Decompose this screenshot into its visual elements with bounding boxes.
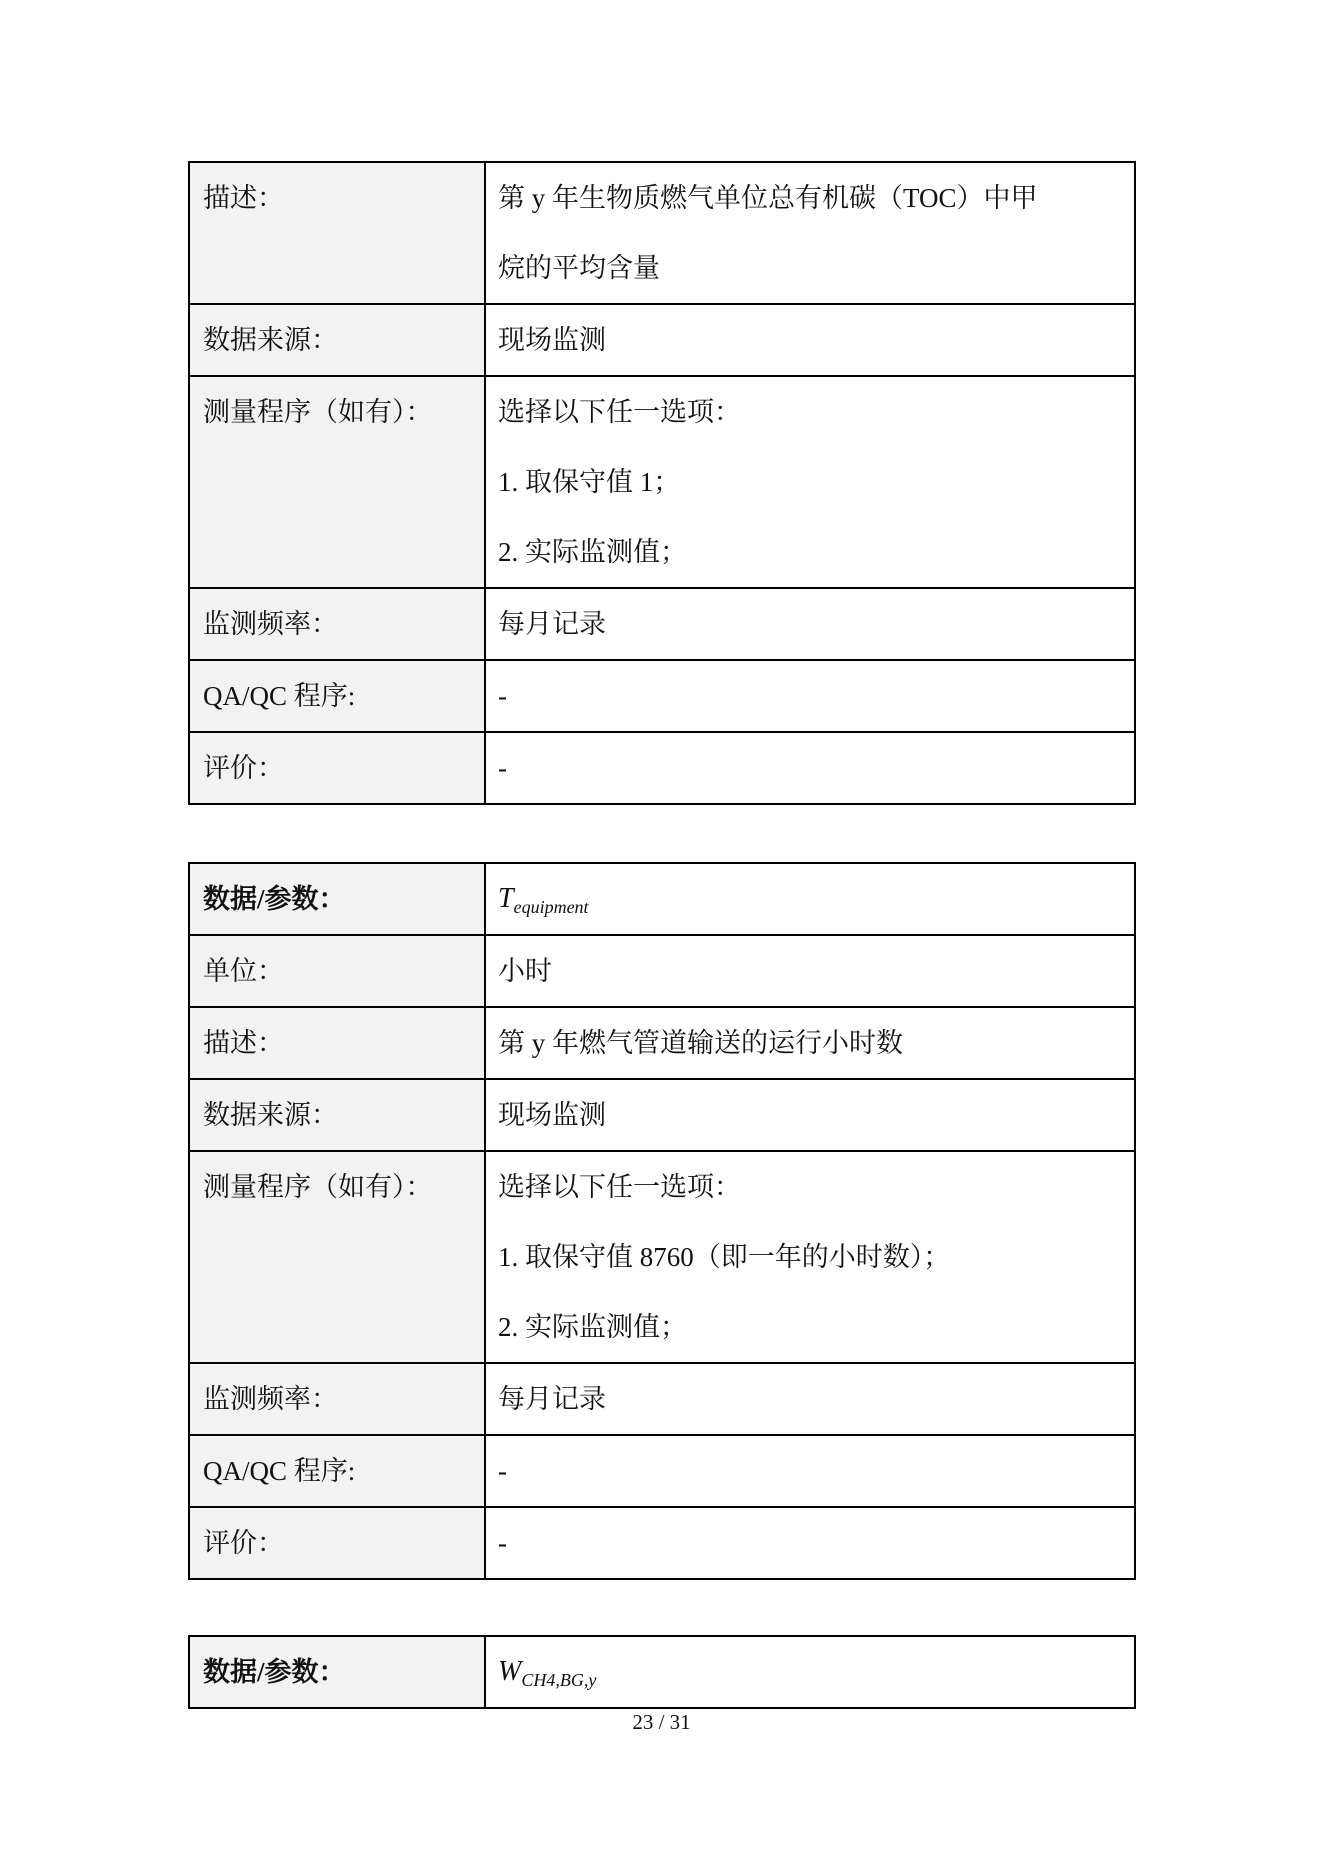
row-label: 评价： — [203, 733, 484, 803]
row-value-line: 烷的平均含量 — [498, 233, 1134, 303]
row-label: 数据来源： — [203, 305, 484, 375]
table-row-qaqc: QA/QC 程序: - — [189, 1435, 1135, 1507]
row-value-line: 2. 实际监测值； — [498, 1292, 1134, 1362]
parameter-table-toc-methane: 描述： 第 y 年生物质燃气单位总有机碳（TOC）中甲 烷的平均含量 数据来源：… — [188, 161, 1136, 805]
table-row-evaluation: 评价： - — [189, 732, 1135, 804]
row-value-line: 小时 — [498, 936, 1134, 1006]
row-label: 监测频率： — [203, 589, 484, 659]
parameter-label: 数据/参数： — [203, 864, 484, 934]
row-value-line: - — [498, 1436, 1134, 1506]
table-row-unit: 单位： 小时 — [189, 935, 1135, 1007]
page-number: 23 / 31 — [0, 1710, 1323, 1735]
table-row-parameter: 数据/参数： Tequipment — [189, 863, 1135, 935]
row-value-line: 1. 取保守值 1； — [498, 447, 1134, 517]
parameter-table-t-equipment: 数据/参数： Tequipment 单位： 小时 描述： 第 y 年燃气管道输送… — [188, 862, 1136, 1580]
parameter-label: 数据/参数： — [203, 1637, 484, 1707]
row-label: 数据来源： — [203, 1080, 484, 1150]
symbol-main: W — [498, 1656, 521, 1687]
table-row-evaluation: 评价： - — [189, 1507, 1135, 1579]
parameter-symbol: WCH4,BG,y — [498, 1637, 1134, 1707]
row-value-line: 2. 实际监测值； — [498, 517, 1134, 587]
row-value-line: 选择以下任一选项： — [498, 377, 1134, 447]
row-label: QA/QC 程序: — [203, 1436, 484, 1506]
row-value-line: 现场监测 — [498, 305, 1134, 375]
table-row-measurement-procedure: 测量程序（如有）： 选择以下任一选项： 1. 取保守值 8760（即一年的小时数… — [189, 1151, 1135, 1363]
row-label: 描述： — [203, 1008, 484, 1078]
row-label: 测量程序（如有）： — [203, 1152, 484, 1222]
row-label: QA/QC 程序: — [203, 661, 484, 731]
table-row-data-source: 数据来源： 现场监测 — [189, 304, 1135, 376]
symbol-subscript: CH4,BG,y — [521, 1670, 596, 1690]
parameter-symbol: Tequipment — [498, 864, 1134, 934]
row-value-line: 第 y 年燃气管道输送的运行小时数 — [498, 1008, 1134, 1078]
parameter-table-w-ch4-bg: 数据/参数： WCH4,BG,y — [188, 1635, 1136, 1709]
row-value-line: - — [498, 733, 1134, 803]
table-row-parameter: 数据/参数： WCH4,BG,y — [189, 1636, 1135, 1708]
row-value-line: 每月记录 — [498, 1364, 1134, 1434]
row-value-line: 第 y 年生物质燃气单位总有机碳（TOC）中甲 — [498, 163, 1134, 233]
row-label: 描述： — [203, 163, 484, 233]
row-label: 监测频率： — [203, 1364, 484, 1434]
row-value-line: - — [498, 661, 1134, 731]
table-row-measurement-procedure: 测量程序（如有）： 选择以下任一选项： 1. 取保守值 1； 2. 实际监测值； — [189, 376, 1135, 588]
row-value-line: 现场监测 — [498, 1080, 1134, 1150]
row-label: 单位： — [203, 936, 484, 1006]
table-row-description: 描述： 第 y 年燃气管道输送的运行小时数 — [189, 1007, 1135, 1079]
table-row-data-source: 数据来源： 现场监测 — [189, 1079, 1135, 1151]
table-row-description: 描述： 第 y 年生物质燃气单位总有机碳（TOC）中甲 烷的平均含量 — [189, 162, 1135, 304]
row-label: 评价： — [203, 1508, 484, 1578]
table-row-monitoring-frequency: 监测频率： 每月记录 — [189, 1363, 1135, 1435]
row-value-line: 每月记录 — [498, 589, 1134, 659]
row-value-line: 选择以下任一选项： — [498, 1152, 1134, 1222]
symbol-subscript: equipment — [514, 897, 589, 917]
table-row-qaqc: QA/QC 程序: - — [189, 660, 1135, 732]
table-row-monitoring-frequency: 监测频率： 每月记录 — [189, 588, 1135, 660]
symbol-main: T — [498, 883, 514, 914]
row-label: 测量程序（如有）： — [203, 377, 484, 447]
row-value-line: 1. 取保守值 8760（即一年的小时数）； — [498, 1222, 1134, 1292]
row-value-line: - — [498, 1508, 1134, 1578]
